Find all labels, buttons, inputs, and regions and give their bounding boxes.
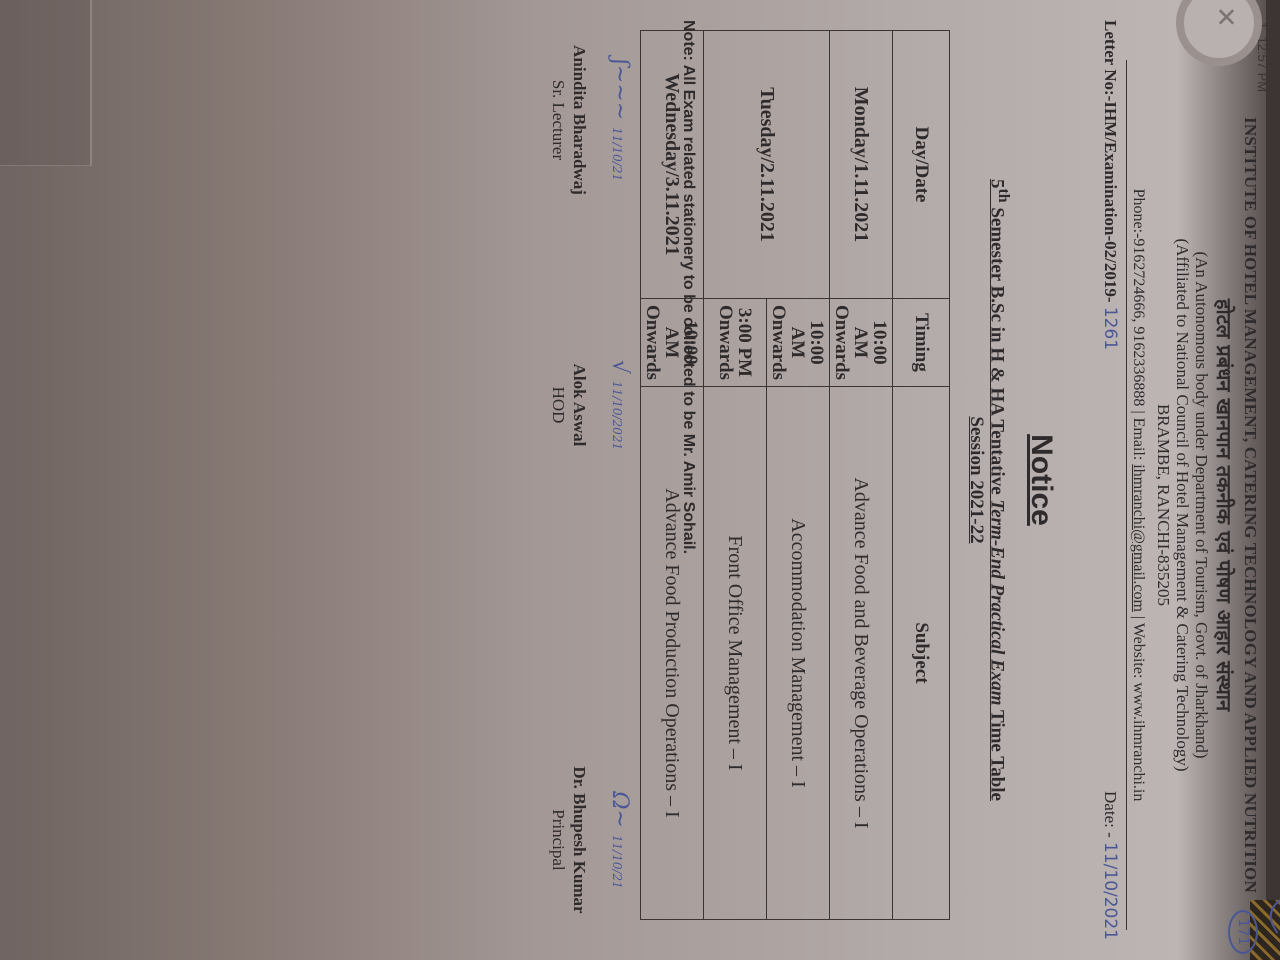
signature: ʃ~~~ 11/10/21 — [590, 20, 630, 220]
subtitle-affiliation: (Affiliated to National Council of Hotel… — [1173, 60, 1192, 950]
column-header-subject: Subject — [893, 386, 950, 919]
letter-number-label: Letter No:-IHM/Examination-02/2019- — [1101, 20, 1120, 303]
letter-number-handwritten: 1261 — [1100, 307, 1120, 350]
signatory-principal: Ω~ 11/10/21 Dr. Bhupesh Kumar Principal — [548, 740, 630, 940]
signatory-designation: Principal — [548, 740, 569, 940]
notice-heading-text: Notice — [1025, 434, 1058, 526]
email-link[interactable]: ihmranchi@gmail.com — [1130, 464, 1147, 612]
semester-suffix: th — [995, 189, 1012, 203]
table-row: Monday/1.11.2021 10:00 AM Onwards Advanc… — [830, 31, 893, 920]
signatory-sr-lecturer: ʃ~~~ 11/10/21 Anindita Bharadwaj Sr. Lec… — [548, 20, 630, 220]
semester-number: 5 — [987, 179, 1008, 189]
session: Session 2021-22 — [965, 0, 987, 960]
website-link[interactable]: www.ihmranchi.in — [1130, 682, 1147, 801]
letterhead: INSTITUTE OF HOTEL MANAGEMENT, CATERING … — [1154, 60, 1260, 950]
website-label: Website: — [1130, 623, 1147, 679]
exam-title-italic: Term-End Practical Exam — [987, 499, 1008, 705]
institute-logo-icon — [1176, 0, 1262, 66]
signatory-designation: Sr. Lecturer — [548, 20, 569, 220]
signature: Ω~ 11/10/21 — [590, 740, 630, 940]
signatory-name: Anindita Bharadwaj — [569, 20, 590, 220]
signature-date: 11/10/2021 — [610, 381, 624, 450]
notice-document: 1, 12:57 PM 171 INSTITUTE OF HOTEL MANAG… — [0, 0, 1280, 960]
signatory-name: Dr. Bhupesh Kumar — [569, 740, 590, 940]
cell-timing: 10:00 AM Onwards — [767, 299, 830, 387]
date-handwritten: 11/10/2021 — [1100, 842, 1120, 940]
email-label: Email: — [1130, 418, 1147, 461]
signatory-designation: HOD — [548, 330, 569, 480]
address: BRAMBE, RANCHI-835205 — [1154, 60, 1173, 950]
note: Note: All Exam related stationery to be … — [679, 20, 697, 554]
cell-timing: 10:00 AM Onwards — [830, 299, 893, 387]
signatory-name: Alok Aswal — [569, 330, 590, 480]
cell-subject: Front Office Management – I — [704, 386, 767, 919]
date-label: Date: - — [1101, 791, 1120, 838]
cell-day: Tuesday/2.11.2021 — [704, 31, 830, 299]
signatory-hod: √ 11/10/2021 Alok Aswal HOD — [548, 330, 630, 480]
cell-timing: 3:00 PM Onwards — [704, 299, 767, 387]
letter-date: Date: - 11/10/2021 — [1100, 791, 1120, 940]
contact-row: Phone:-9162724666, 9162336888 | Email: i… — [1126, 60, 1147, 930]
signature-date: 11/10/21 — [610, 127, 624, 181]
letter-number: Letter No:-IHM/Examination-02/2019- 1261 — [1100, 20, 1120, 350]
notice-heading: Notice — [1024, 0, 1058, 960]
phone: Phone:-9162724666, 9162336888 — [1130, 189, 1147, 407]
table-header-row: Day/Date Timing Subject — [893, 31, 950, 920]
table-row: Tuesday/2.11.2021 10:00 AM Onwards Accom… — [767, 31, 830, 920]
exam-title: 5th Semester B.Sc in H & HA Tentative Te… — [986, 20, 1012, 960]
exam-title-plain: Semester B.Sc in H & HA Tentative — [987, 203, 1008, 500]
institute-name: INSTITUTE OF HOTEL MANAGEMENT, CATERING … — [1240, 60, 1260, 950]
column-header-day: Day/Date — [893, 31, 950, 299]
institute-name-hindi: होटल प्रबंधन खानपान तकनीक एवं पोषण आहार … — [1211, 60, 1238, 950]
signature-date: 11/10/21 — [610, 835, 624, 889]
cell-day: Monday/1.11.2021 — [830, 31, 893, 299]
subtitle-autonomous: (An Autonomous body under Department of … — [1192, 60, 1211, 950]
exam-title-suffix: Time Table — [987, 706, 1008, 801]
cell-subject: Advance Food and Beverage Operations – I — [830, 386, 893, 919]
signature: √ 11/10/2021 — [590, 330, 630, 480]
column-header-timing: Timing — [893, 299, 950, 387]
pen-mark — [1262, 898, 1280, 933]
cell-subject: Accommodation Management – I — [767, 386, 830, 919]
